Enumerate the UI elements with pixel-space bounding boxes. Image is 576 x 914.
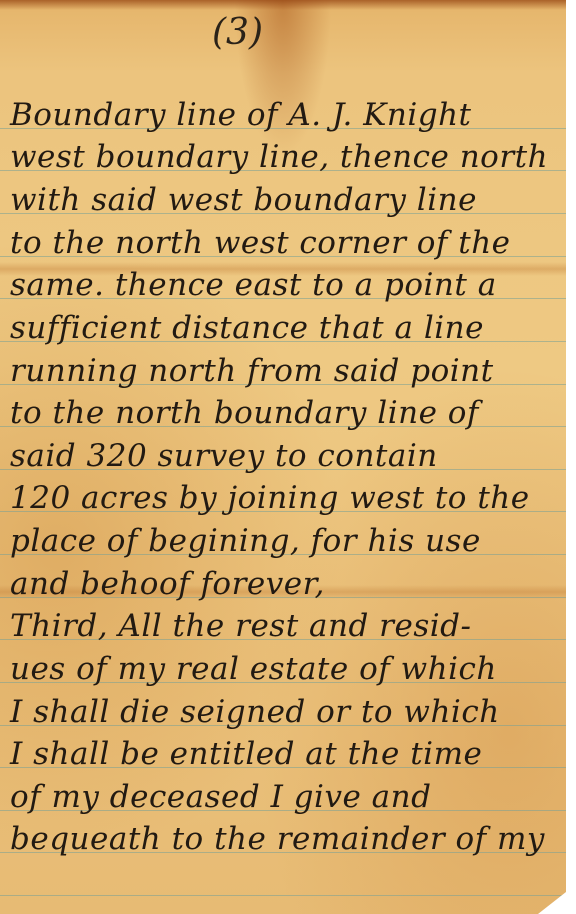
ruled-line — [0, 895, 566, 896]
page-number: (3) — [212, 12, 263, 53]
text-line: with said west boundary line — [10, 185, 477, 216]
text-line: running north from said point — [10, 356, 494, 387]
handwritten-page: (3) Boundary line of A. J. Knight west b… — [0, 0, 566, 914]
stained-top-edge — [0, 0, 566, 10]
text-line: west boundary line, thence north — [10, 142, 548, 173]
text-line: to the north west corner of the — [10, 228, 511, 259]
text-line: place of begining, for his use — [10, 526, 481, 557]
text-line: 120 acres by joining west to the — [10, 483, 530, 514]
text-line: I shall die seigned or to which — [10, 697, 500, 728]
text-line: and behoof forever, — [10, 569, 325, 600]
text-line: same. thence east to a point a — [10, 270, 497, 301]
text-line: of my deceased I give and — [10, 782, 431, 813]
text-line: Third, All the rest and resid- — [10, 611, 471, 642]
folded-corner — [538, 892, 566, 914]
text-line: sufficient distance that a line — [10, 313, 484, 344]
text-line: to the north boundary line of — [10, 398, 479, 429]
text-line: Boundary line of A. J. Knight — [10, 100, 472, 131]
text-line: said 320 survey to contain — [10, 441, 438, 472]
text-line: ues of my real estate of which — [10, 654, 497, 685]
text-line: I shall be entitled at the time — [10, 739, 482, 770]
text-line: bequeath to the remainder of my — [10, 824, 545, 855]
